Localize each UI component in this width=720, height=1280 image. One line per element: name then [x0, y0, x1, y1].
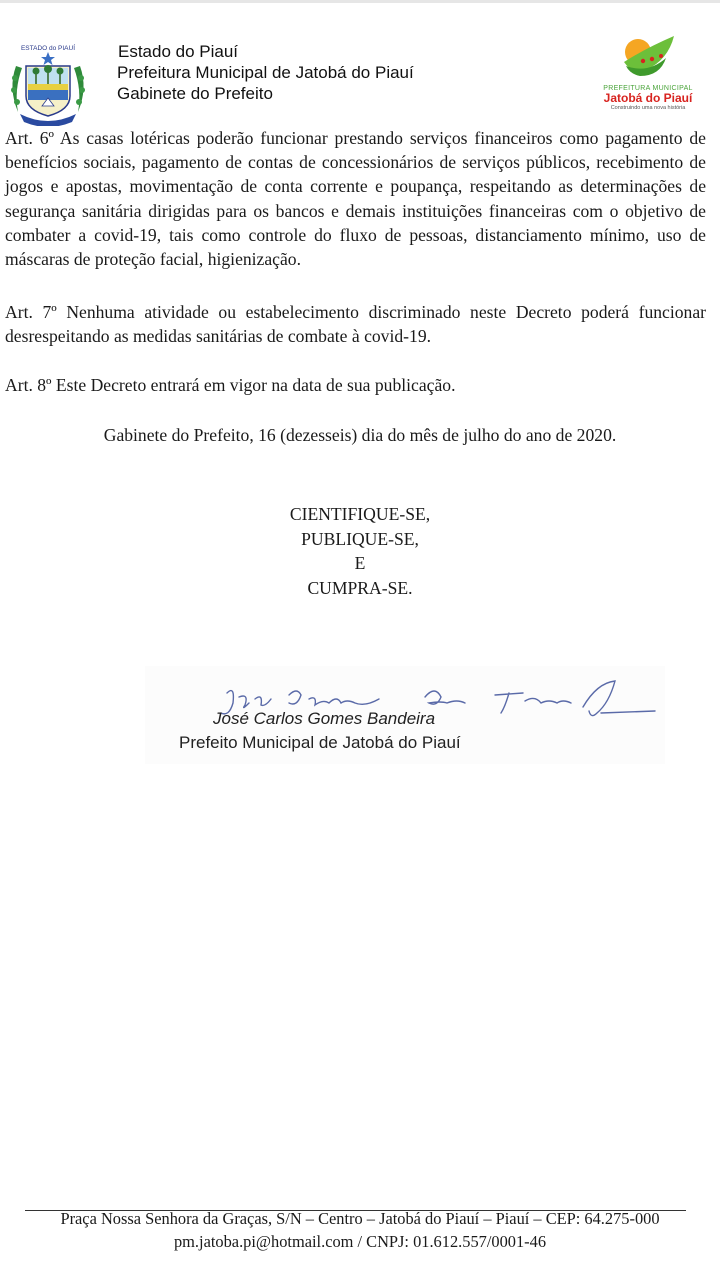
- article-7: Art. 7º Nenhuma atividade ou estabelecim…: [5, 300, 706, 348]
- logo-name-text: Jatobá do Piauí: [592, 92, 704, 105]
- state-name: Estado do Piauí: [117, 41, 414, 62]
- municipality-name: Prefeitura Municipal de Jatobá do Piauí: [117, 62, 414, 83]
- svg-text:ESTADO do PIAUÍ: ESTADO do PIAUÍ: [21, 43, 75, 52]
- footer-contact: pm.jatoba.pi@hotmail.com / CNPJ: 01.612.…: [0, 1230, 720, 1253]
- municipal-logo-icon: [616, 34, 680, 78]
- date-line: Gabinete do Prefeito, 16 (dezesseis) dia…: [0, 425, 720, 446]
- logo-tagline-text: Construindo uma nova história: [592, 105, 704, 111]
- top-border: [0, 0, 720, 3]
- municipal-logo: PREFEITURA MUNICIPAL Jatobá do Piauí Con…: [592, 34, 704, 116]
- article-8: Art. 8º Este Decreto entrará em vigor na…: [5, 373, 706, 397]
- footer: Praça Nossa Senhora da Graças, S/N – Cen…: [0, 1207, 720, 1253]
- closing-line: E: [0, 551, 720, 576]
- closing-line: CIENTIFIQUE-SE,: [0, 502, 720, 527]
- article-6: Art. 6º As casas lotéricas poderão funci…: [5, 126, 706, 271]
- closing-block: CIENTIFIQUE-SE, PUBLIQUE-SE, E CUMPRA-SE…: [0, 502, 720, 600]
- closing-line: PUBLIQUE-SE,: [0, 527, 720, 552]
- office-name: Gabinete do Prefeito: [117, 83, 414, 104]
- letterhead-text: Estado do Piauí Prefeitura Municipal de …: [117, 41, 414, 104]
- state-crest-icon: ESTADO do PIAUÍ: [6, 38, 90, 126]
- closing-line: CUMPRA-SE.: [0, 576, 720, 601]
- signatory-name: José Carlos Gomes Bandeira: [213, 709, 435, 729]
- signatory-title: Prefeito Municipal de Jatobá do Piauí: [179, 733, 461, 753]
- footer-address: Praça Nossa Senhora da Graças, S/N – Cen…: [0, 1207, 720, 1230]
